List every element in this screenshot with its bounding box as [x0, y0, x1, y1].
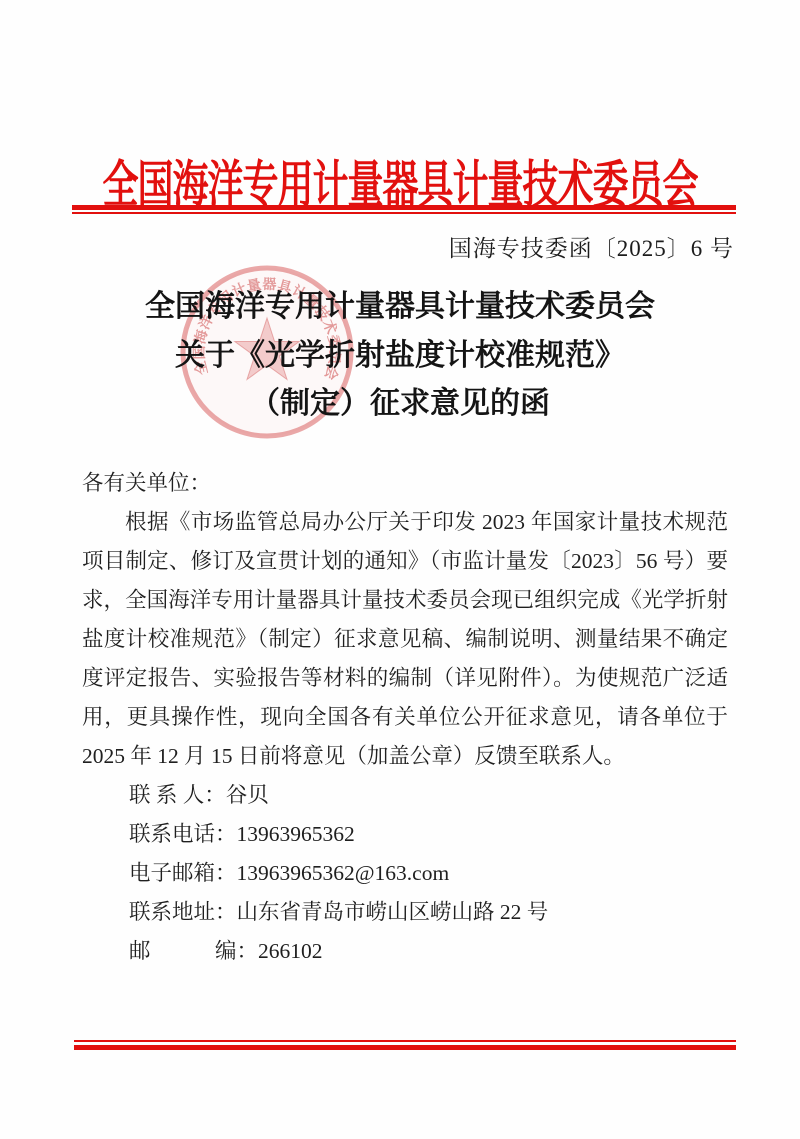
document-page: 全国海洋专用计量器具计量技术委员会 国海专技委函〔2025〕6 号 全国海洋专用… — [0, 0, 800, 1139]
body-line: 根据《市场监管总局办公厅关于印发 2023 年国家计量技术规范 — [82, 503, 728, 542]
body-line: 项目制定、修订及宣贯计划的通知》（市监计量发〔2023〕56 号）要 — [82, 542, 728, 581]
letterhead: 全国海洋专用计量器具计量技术委员会 — [0, 146, 800, 197]
header-rule-thick — [72, 205, 736, 210]
doc-number: 国海专技委函〔2025〕6 号 — [449, 230, 734, 263]
doc-title-line-2: 关于《光学折射盐度计校准规范》 — [0, 332, 800, 381]
doc-title: 全国海洋专用计量器具计量技术委员会 关于《光学折射盐度计校准规范》 （制定）征求… — [0, 283, 800, 429]
contact-line-email: 电子邮箱：13963965362@163.com — [82, 854, 728, 893]
body-line: 用，更具操作性，现向全国各有关单位公开征求意见，请各单位于 — [82, 698, 728, 737]
contact-line-address: 联系地址：山东省青岛市崂山区崂山路 22 号 — [82, 893, 728, 932]
contact-line-person: 联 系 人：谷贝 — [82, 776, 728, 815]
body-line: 度评定报告、实验报告等材料的编制（详见附件）。为使规范广泛适 — [82, 659, 728, 698]
contact-line-phone: 联系电话：13963965362 — [82, 815, 728, 854]
body-line: 2025 年 12 月 15 日前将意见（加盖公章）反馈至联系人。 — [82, 737, 728, 776]
letter-body: 各有关单位： 根据《市场监管总局办公厅关于印发 2023 年国家计量技术规范 项… — [82, 464, 728, 971]
contact-line-postcode: 邮 编：266102 — [82, 932, 728, 971]
doc-title-line-3: （制定）征求意见的函 — [0, 380, 800, 429]
footer-rule-thick — [74, 1045, 736, 1050]
footer-rule-thin — [74, 1040, 736, 1042]
body-line: 盐度计校准规范》（制定）征求意见稿、编制说明、测量结果不确定 — [82, 620, 728, 659]
body-line: 求，全国海洋专用计量器具计量技术委员会现已组织完成《光学折射 — [82, 581, 728, 620]
header-rule-thin — [72, 212, 736, 214]
salutation: 各有关单位： — [82, 464, 728, 503]
doc-title-line-1: 全国海洋专用计量器具计量技术委员会 — [0, 283, 800, 332]
